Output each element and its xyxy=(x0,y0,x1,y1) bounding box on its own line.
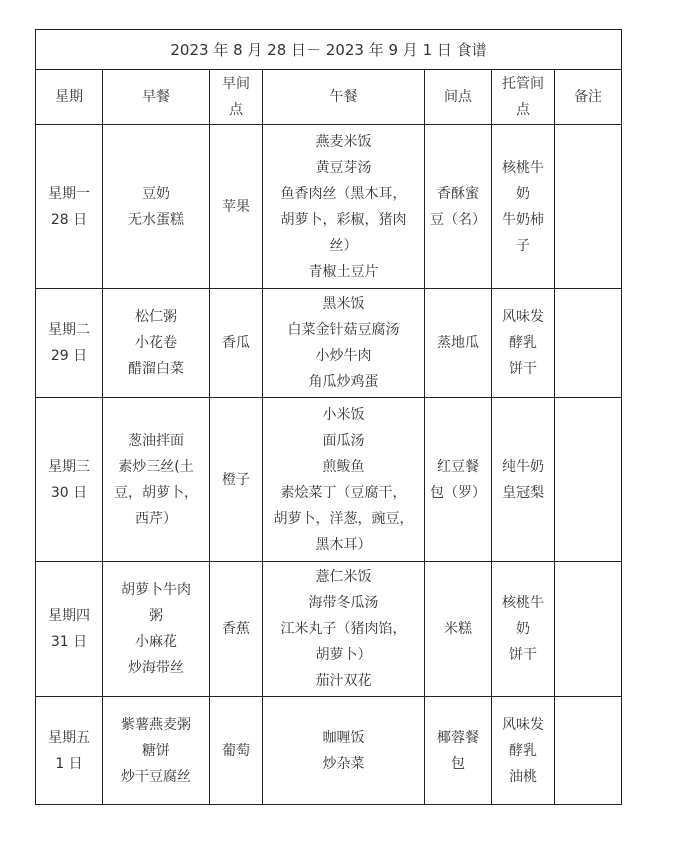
table-row: 星期五1 日紫薯燕麦粥糖饼炒干豆腐丝葡萄咖喱饭炒杂菜椰蓉餐包风味发酵乳油桃 xyxy=(36,697,622,805)
header-lunch: 午餐 xyxy=(263,70,425,125)
table-row: 星期二29 日松仁粥小花卷醋溜白菜香瓜黑米饭白菜金针菇豆腐汤小炒牛肉角瓜炒鸡蛋蒸… xyxy=(36,289,622,398)
remarks-cell xyxy=(555,125,622,289)
header-remarks: 备注 xyxy=(555,70,622,125)
remarks-cell xyxy=(555,562,622,697)
weekday-cell: 星期三30 日 xyxy=(36,398,103,562)
morning-snack-cell: 苹果 xyxy=(210,125,263,289)
weekday-cell: 星期二29 日 xyxy=(36,289,103,398)
lunch-cell: 黑米饭白菜金针菇豆腐汤小炒牛肉角瓜炒鸡蛋 xyxy=(263,289,425,398)
after-care-snack-cell: 核桃牛奶牛奶柿子 xyxy=(492,125,555,289)
table-row: 星期三30 日葱油拌面素炒三丝(土豆，胡萝卜，西芹）橙子小米饭面瓜汤煎鲅鱼素烩菜… xyxy=(36,398,622,562)
snack-cell: 米糕 xyxy=(425,562,492,697)
snack-cell: 椰蓉餐包 xyxy=(425,697,492,805)
after-care-snack-cell: 风味发酵乳饼干 xyxy=(492,289,555,398)
breakfast-cell: 松仁粥小花卷醋溜白菜 xyxy=(103,289,210,398)
after-care-snack-cell: 风味发酵乳油桃 xyxy=(492,697,555,805)
morning-snack-cell: 葡萄 xyxy=(210,697,263,805)
header-morning-snack: 早间 点 xyxy=(210,70,263,125)
snack-cell: 红豆餐包（罗） xyxy=(425,398,492,562)
weekday-cell: 星期四31 日 xyxy=(36,562,103,697)
breakfast-cell: 紫薯燕麦粥糖饼炒干豆腐丝 xyxy=(103,697,210,805)
weekday-cell: 星期五1 日 xyxy=(36,697,103,805)
after-care-snack-cell: 纯牛奶皇冠梨 xyxy=(492,398,555,562)
header-weekday: 星期 xyxy=(36,70,103,125)
lunch-cell: 燕麦米饭黄豆芽汤鱼香肉丝（黑木耳，胡萝卜，彩椒，猪肉丝）青椒土豆片 xyxy=(263,125,425,289)
breakfast-cell: 胡萝卜牛肉粥小麻花炒海带丝 xyxy=(103,562,210,697)
weekly-menu-table: 2023 年 8 月 28 日－ 2023 年 9 月 1 日 食谱 星期 早餐… xyxy=(35,29,622,805)
title-row: 2023 年 8 月 28 日－ 2023 年 9 月 1 日 食谱 xyxy=(36,30,622,70)
after-care-snack-cell: 核桃牛奶饼干 xyxy=(492,562,555,697)
header-snack: 间点 xyxy=(425,70,492,125)
snack-cell: 蒸地瓜 xyxy=(425,289,492,398)
morning-snack-cell: 香蕉 xyxy=(210,562,263,697)
breakfast-cell: 葱油拌面素炒三丝(土豆，胡萝卜，西芹） xyxy=(103,398,210,562)
morning-snack-cell: 香瓜 xyxy=(210,289,263,398)
lunch-cell: 咖喱饭炒杂菜 xyxy=(263,697,425,805)
menu-title: 2023 年 8 月 28 日－ 2023 年 9 月 1 日 食谱 xyxy=(36,30,622,70)
table-row: 星期一28 日豆奶无水蛋糕苹果燕麦米饭黄豆芽汤鱼香肉丝（黑木耳，胡萝卜，彩椒，猪… xyxy=(36,125,622,289)
weekday-cell: 星期一28 日 xyxy=(36,125,103,289)
snack-cell: 香酥蜜豆（名） xyxy=(425,125,492,289)
remarks-cell xyxy=(555,697,622,805)
remarks-cell xyxy=(555,398,622,562)
header-row: 星期 早餐 早间 点 午餐 间点 托管间 点 备注 xyxy=(36,70,622,125)
breakfast-cell: 豆奶无水蛋糕 xyxy=(103,125,210,289)
header-after-care-snack: 托管间 点 xyxy=(492,70,555,125)
lunch-cell: 薏仁米饭海带冬瓜汤江米丸子（猪肉馅，胡萝卜）茄汁双花 xyxy=(263,562,425,697)
header-breakfast: 早餐 xyxy=(103,70,210,125)
remarks-cell xyxy=(555,289,622,398)
table-row: 星期四31 日胡萝卜牛肉粥小麻花炒海带丝香蕉薏仁米饭海带冬瓜汤江米丸子（猪肉馅，… xyxy=(36,562,622,697)
morning-snack-cell: 橙子 xyxy=(210,398,263,562)
lunch-cell: 小米饭面瓜汤煎鲅鱼素烩菜丁（豆腐干，胡萝卜，洋葱，豌豆，黑木耳） xyxy=(263,398,425,562)
